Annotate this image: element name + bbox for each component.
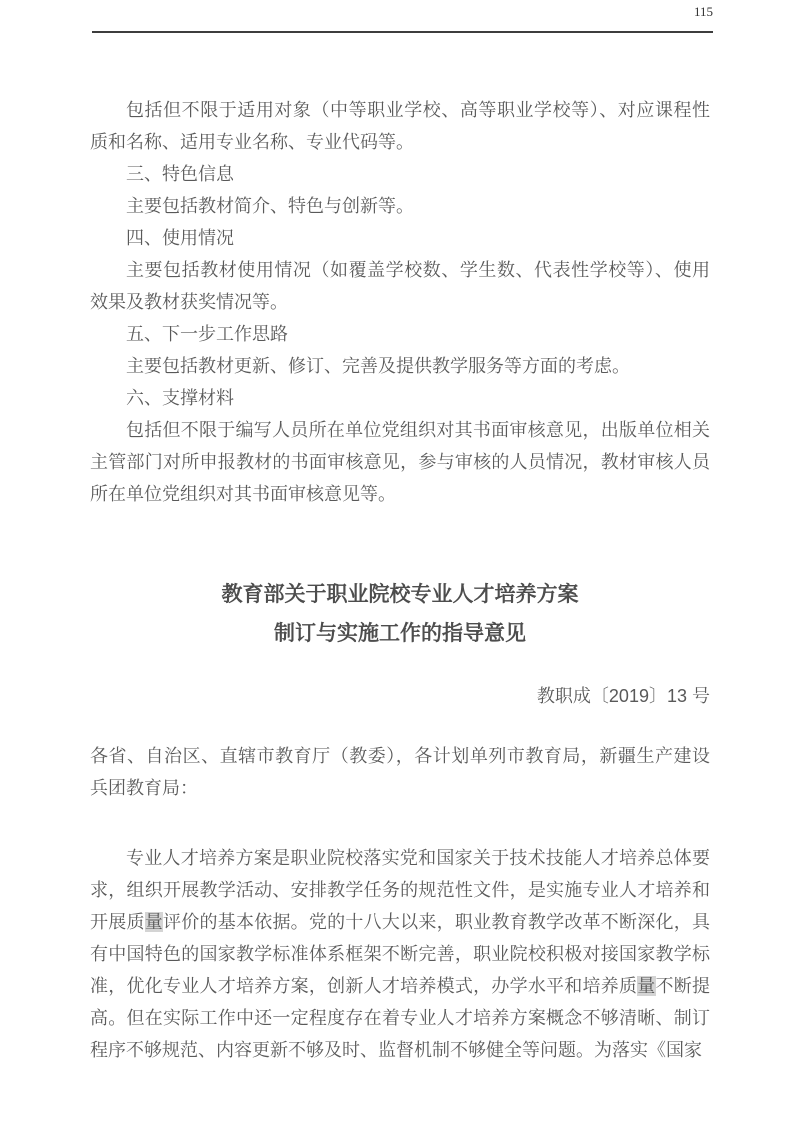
paragraph-text: 评价的基本依据。党的十八大以来，职业教育教学改革不断深化，具有中国特色的国家教学… — [90, 912, 710, 996]
paragraph-text: 主要包括教材更新、修订、完善及提供教学服务等方面的考虑。 — [126, 356, 630, 376]
paragraph: 主要包括教材简介、特色与创新等。 — [90, 190, 710, 222]
paragraph: 专业人才培养方案是职业院校落实党和国家关于技术技能人才培养总体要求，组织开展教学… — [90, 842, 710, 1066]
header-rule — [92, 31, 713, 33]
notice-title-line1: 教育部关于职业院校专业人才培养方案 — [90, 575, 710, 614]
addressee-line: 各省、自治区、直辖市教育厅（教委），各计划单列市教育局，新疆生产建设兵团教育局： — [90, 740, 710, 804]
paragraph: 主要包括教材使用情况（如覆盖学校数、学生数、代表性学校等）、使用效果及教材获奖情… — [90, 254, 710, 318]
paragraph: 主要包括教材更新、修订、完善及提供教学服务等方面的考虑。 — [90, 350, 710, 382]
section-top-paragraphs: 包括但不限于适用对象（中等职业学校、高等职业学校等）、对应课程性质和名称、适用专… — [90, 94, 710, 510]
notice-body-paragraphs: 专业人才培养方案是职业院校落实党和国家关于技术技能人才培养总体要求，组织开展教学… — [90, 842, 710, 1066]
document-number: 教职成〔2019〕13 号 — [90, 680, 710, 712]
paragraph-text: 四、使用情况 — [126, 228, 234, 248]
page-header: 115 — [0, 0, 793, 21]
paragraph: 三、特色信息 — [90, 158, 710, 190]
paragraph: 包括但不限于编写人员所在单位党组织对其书面审核意见，出版单位相关主管部门对所申报… — [90, 414, 710, 510]
paragraph: 包括但不限于适用对象（中等职业学校、高等职业学校等）、对应课程性质和名称、适用专… — [90, 94, 710, 158]
paragraph-text: 主要包括教材使用情况（如覆盖学校数、学生数、代表性学校等）、使用效果及教材获奖情… — [90, 260, 710, 312]
document-page: 115 包括但不限于适用对象（中等职业学校、高等职业学校等）、对应课程性质和名称… — [0, 0, 793, 1122]
paragraph-text: 主要包括教材简介、特色与创新等。 — [126, 196, 414, 216]
paragraph-text: 包括但不限于适用对象（中等职业学校、高等职业学校等）、对应课程性质和名称、适用专… — [90, 100, 710, 152]
highlighted-text: 量 — [145, 912, 163, 932]
notice-title-line2: 制订与实施工作的指导意见 — [90, 614, 710, 653]
notice-title: 教育部关于职业院校专业人才培养方案 制订与实施工作的指导意见 — [90, 575, 710, 653]
paragraph: 六、支撑材料 — [90, 382, 710, 414]
paragraph: 四、使用情况 — [90, 222, 710, 254]
paragraph-text: 五、下一步工作思路 — [126, 324, 288, 344]
highlighted-text: 量 — [637, 976, 655, 996]
paragraph-text: 六、支撑材料 — [126, 388, 234, 408]
paragraph: 五、下一步工作思路 — [90, 318, 710, 350]
paragraph-text: 三、特色信息 — [126, 164, 234, 184]
page-number: 115 — [694, 4, 713, 19]
document-content: 包括但不限于适用对象（中等职业学校、高等职业学校等）、对应课程性质和名称、适用专… — [0, 94, 793, 1066]
paragraph-text: 包括但不限于编写人员所在单位党组织对其书面审核意见，出版单位相关主管部门对所申报… — [90, 420, 710, 504]
